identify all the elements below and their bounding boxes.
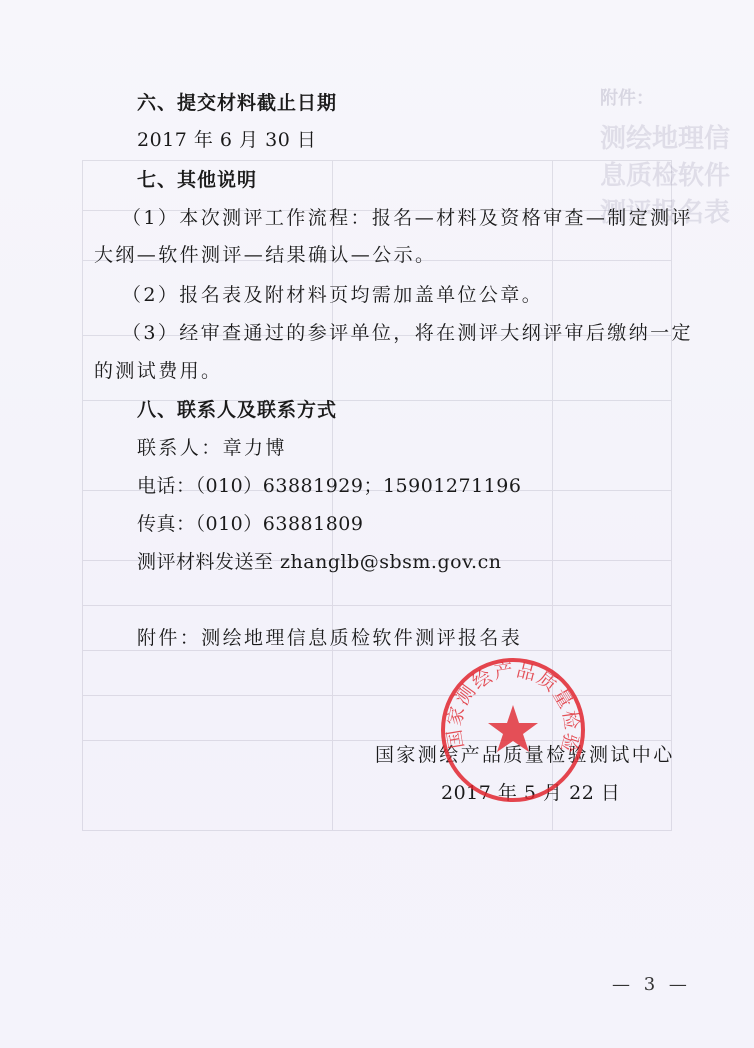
page-number: — 3 — <box>612 974 691 995</box>
contact-person: 联系人：章力博 <box>137 436 287 460</box>
section-heading-deadline: 六、提交材料截止日期 <box>137 91 337 115</box>
note-1-line-1: （1）本次测评工作流程：报名—材料及资格审查—制定测评 <box>122 206 693 230</box>
note-3-line-2: 的测试费用。 <box>94 359 222 383</box>
signing-date: 2017 年 5 月 22 日 <box>441 781 620 805</box>
note-1-line-2: 大纲—软件测评—结果确认—公示。 <box>94 243 436 267</box>
signing-organization: 国家测绘产品质量检验测试中心 <box>375 743 675 767</box>
contact-email: 测评材料发送至 zhanglb@sbsm.gov.cn <box>137 550 501 574</box>
note-2: （2）报名表及附材料页均需加盖单位公章。 <box>122 283 543 307</box>
document-page: 附件： 测绘地理信息质检软件测评报名表 六、提交材料截止日期 2017 年 6 … <box>0 0 754 1048</box>
section-heading-other-notes: 七、其他说明 <box>137 168 257 192</box>
contact-phone: 电话：（010）63881929；15901271196 <box>137 474 521 498</box>
svg-text:国家测绘产品质量检验测试中心: 国家测绘产品质量检验测试中心 <box>438 655 583 756</box>
note-3-line-1: （3）经审查通过的参评单位，将在测评大纲评审后缴纳一定 <box>122 321 693 345</box>
contact-fax: 传真：（010）63881809 <box>137 512 363 536</box>
bleed-through-attachment-label: 附件： <box>600 84 654 110</box>
section-heading-contact: 八、联系人及联系方式 <box>137 398 337 422</box>
attachment-note: 附件：测绘地理信息质检软件测评报名表 <box>137 626 522 650</box>
deadline-date: 2017 年 6 月 30 日 <box>137 128 316 152</box>
